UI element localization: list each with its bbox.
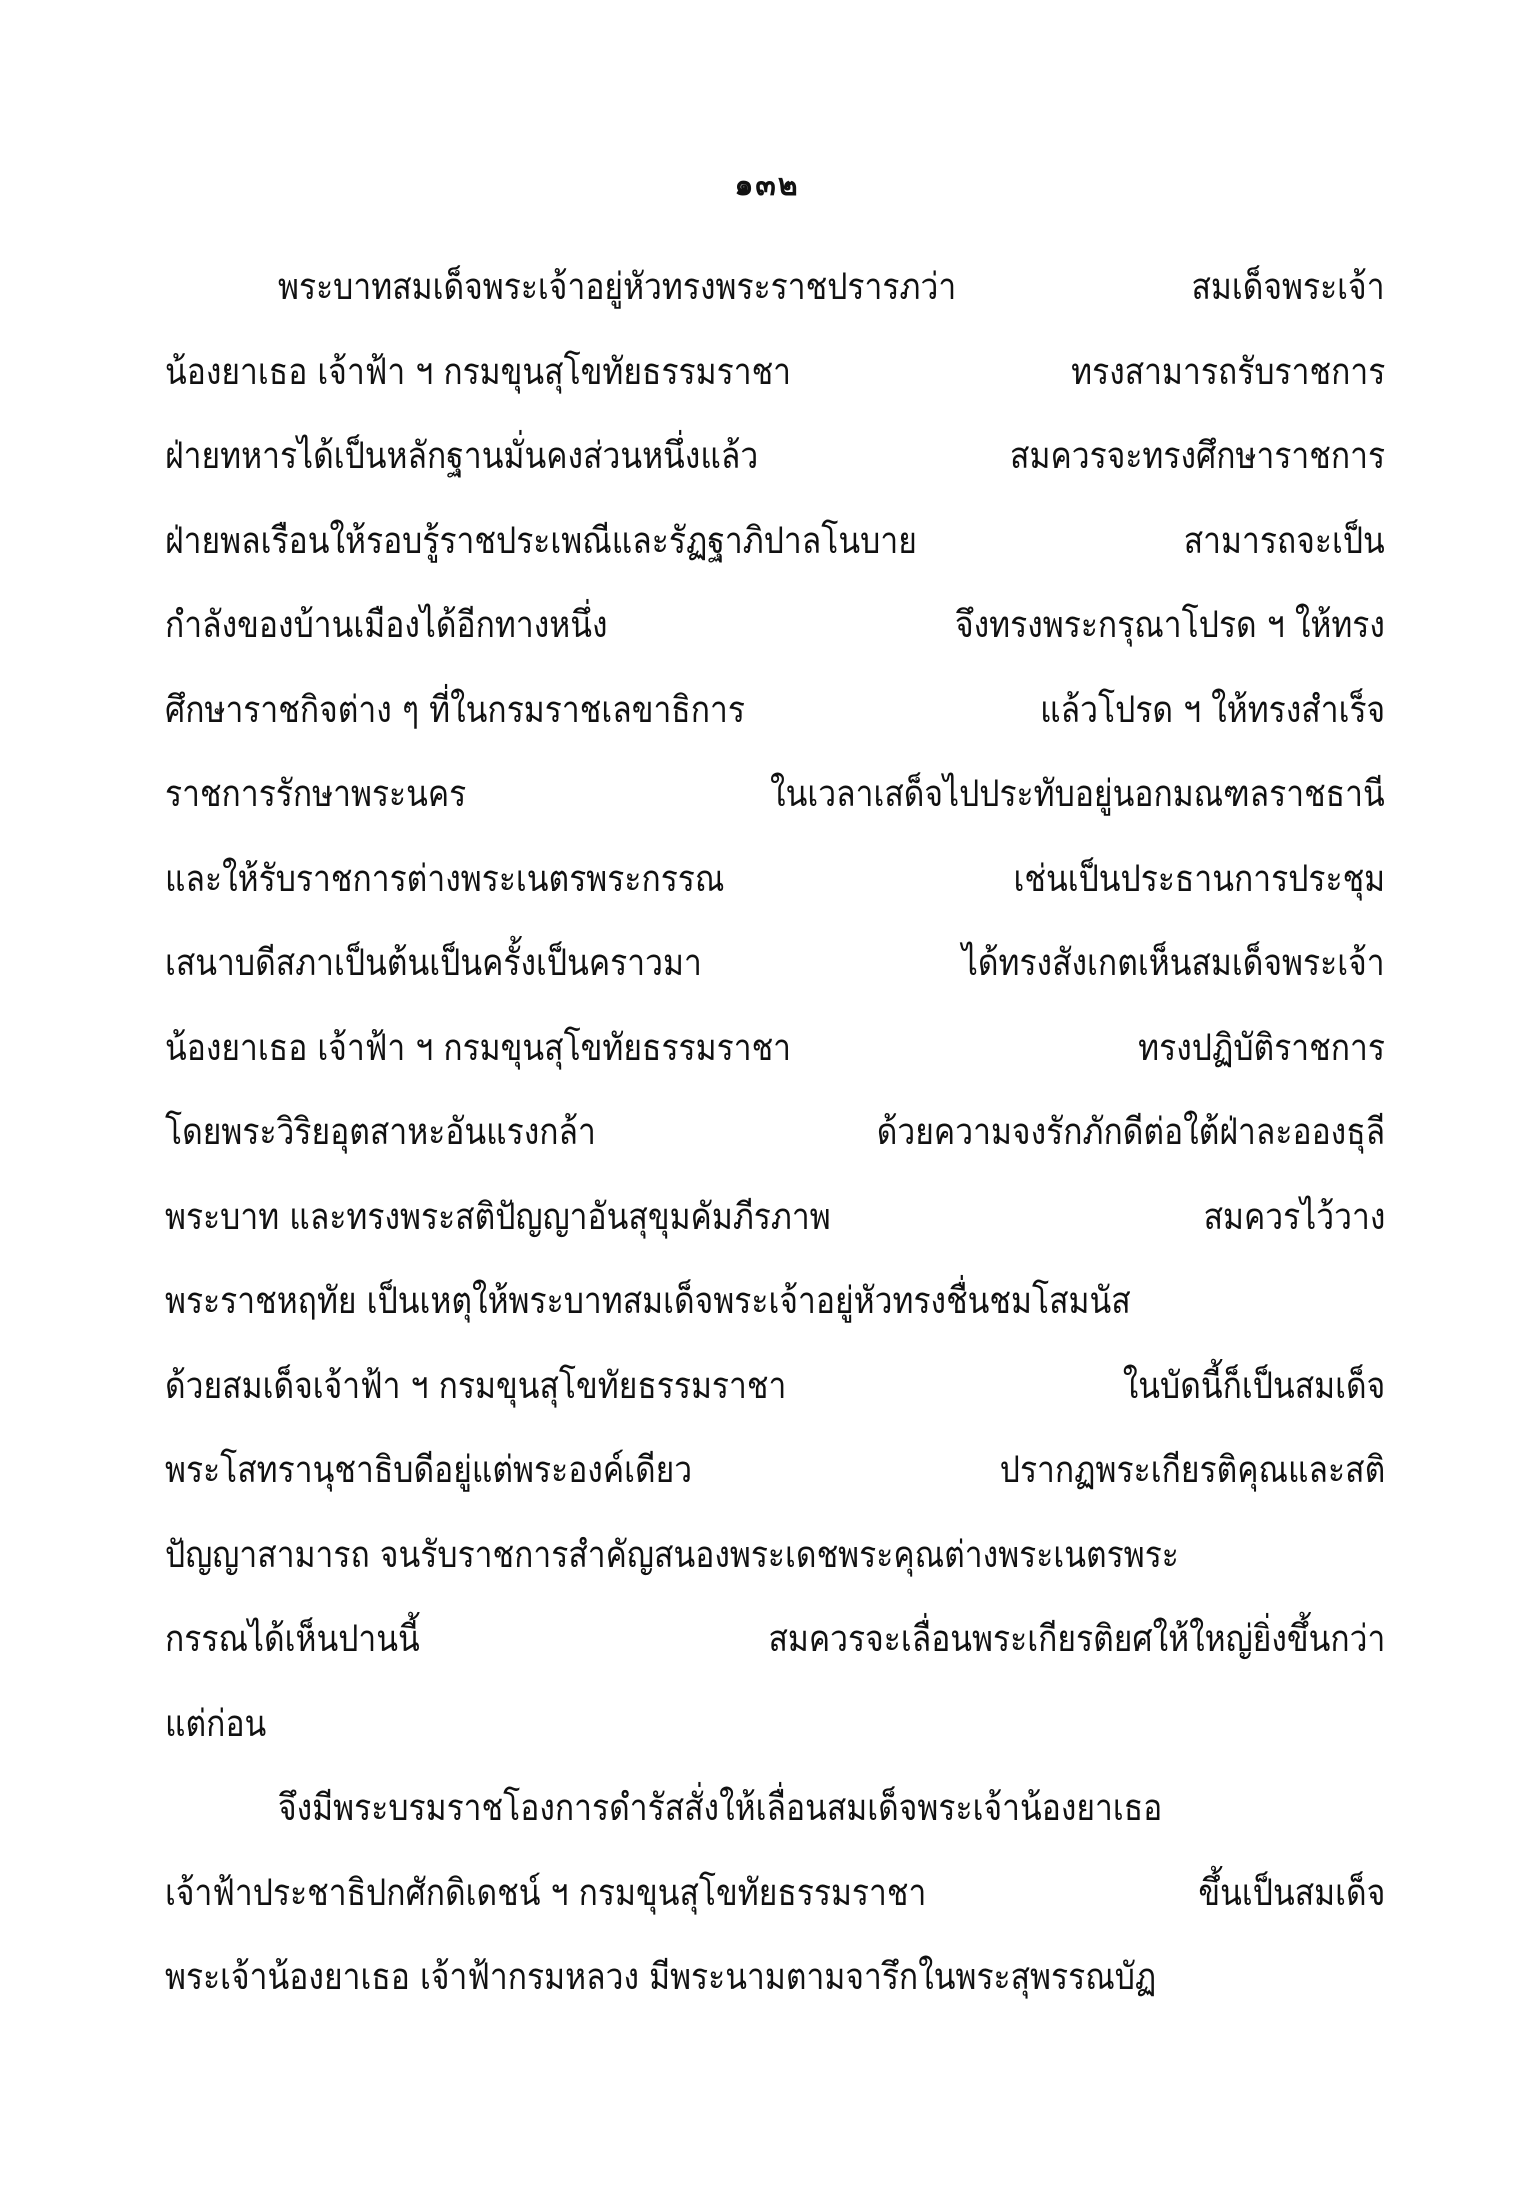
text-segment: ทรงสามารถรับราชการ [1071,330,1385,415]
text-line: พระโสทรานุชาธิบดีอยู่แต่พระองค์เดียว ปรา… [165,1428,1385,1513]
text-segment: ด้วยสมเด็จเจ้าฟ้า ฯ กรมขุนสุโขทัยธรรมราช… [165,1344,786,1429]
text-line: ฝ่ายทหารได้เป็นหลักฐานมั่นคงส่วนหนึ่งแล้… [165,414,1385,499]
text-segment: ได้ทรงสังเกตเห็นสมเด็จพระเจ้า [962,921,1385,1006]
text-line: น้องยาเธอ เจ้าฟ้า ฯ กรมขุนสุโขทัยธรรมราช… [165,1006,1385,1091]
text-line: พระเจ้าน้องยาเธอ เจ้าฟ้ากรมหลวง มีพระนาม… [165,1935,1385,2020]
text-line: พระบาท และทรงพระสติปัญญาอันสุขุมคัมภีรภา… [165,1175,1385,1260]
text-segment: โดยพระวิริยอุตสาหะอันแรงกล้า [165,1090,596,1175]
text-segment: เจ้าฟ้าประชาธิปกศักดิเดชน์ ฯ กรมขุนสุโขท… [165,1851,926,1936]
text-segment: สมควรไว้วาง [1203,1175,1385,1260]
text-line: เสนาบดีสภาเป็นต้นเป็นครั้งเป็นคราวมา ได้… [165,921,1385,1006]
text-segment: พระราชหฤทัย เป็นเหตุให้พระบาทสมเด็จพระเจ… [165,1259,1131,1344]
text-segment: ในเวลาเสด็จไปประทับอยู่นอกมณฑลราชธานี [770,752,1385,837]
text-segment: ปรากฏพระเกียรติคุณและสติ [1000,1428,1385,1513]
text-segment: จึงทรงพระกรุณาโปรด ฯ ให้ทรง [955,583,1385,668]
text-line: พระบาทสมเด็จพระเจ้าอยู่หัวทรงพระราชปรารภ… [165,245,1385,330]
text-segment: กรรณได้เห็นปานนี้ [165,1597,420,1682]
text-segment: สมเด็จพระเจ้า [1192,245,1385,330]
text-line: จึงมีพระบรมราชโองการดำรัสสั่งให้เลื่อนสม… [165,1766,1385,1851]
text-segment: ในบัดนี้ก็เป็นสมเด็จ [1122,1344,1385,1429]
text-segment: พระบาทสมเด็จพระเจ้าอยู่หัวทรงพระราชปรารภ… [278,245,956,330]
text-segment: ปัญญาสามารถ จนรับราชการสำคัญสนองพระเดชพร… [165,1513,1179,1598]
text-segment: สมควรจะเลื่อนพระเกียรติยศให้ใหญ่ยิ่งขึ้น… [768,1597,1385,1682]
text-segment: ทรงปฏิบัติราชการ [1138,1006,1385,1091]
text-segment: กำลังของบ้านเมืองได้อีกทางหนึ่ง [165,583,608,668]
text-segment: พระบาท และทรงพระสติปัญญาอันสุขุมคัมภีรภา… [165,1175,831,1260]
text-segment: ขึ้นเป็นสมเด็จ [1198,1851,1385,1936]
text-segment: แต่ก่อน [165,1682,266,1767]
text-line: กรรณได้เห็นปานนี้ สมควรจะเลื่อนพระเกียรต… [165,1597,1385,1682]
text-segment: ศึกษาราชกิจต่าง ๆ ที่ในกรมราชเลขาธิการ [165,668,745,753]
text-segment: พระเจ้าน้องยาเธอ เจ้าฟ้ากรมหลวง มีพระนาม… [165,1935,1156,2020]
text-segment: ฝ่ายพลเรือนให้รอบรู้ราชประเพณีและรัฏฐาภิ… [165,499,917,584]
text-line: ราชการรักษาพระนคร ในเวลาเสด็จไปประทับอยู… [165,752,1385,837]
text-line: เจ้าฟ้าประชาธิปกศักดิเดชน์ ฯ กรมขุนสุโขท… [165,1851,1385,1936]
text-line: ฝ่ายพลเรือนให้รอบรู้ราชประเพณีและรัฏฐาภิ… [165,499,1385,584]
text-line: โดยพระวิริยอุตสาหะอันแรงกล้า ด้วยความจงร… [165,1090,1385,1175]
text-line: ศึกษาราชกิจต่าง ๆ ที่ในกรมราชเลขาธิการ แ… [165,668,1385,753]
text-segment: สมควรจะทรงศึกษาราชการ [1010,414,1385,499]
page-number: ๑๓๒ [0,162,1534,209]
text-segment: แล้วโปรด ฯ ให้ทรงสำเร็จ [1040,668,1385,753]
text-segment: ฝ่ายทหารได้เป็นหลักฐานมั่นคงส่วนหนึ่งแล้… [165,414,758,499]
text-line: กำลังของบ้านเมืองได้อีกทางหนึ่ง จึงทรงพร… [165,583,1385,668]
text-segment: เสนาบดีสภาเป็นต้นเป็นครั้งเป็นคราวมา [165,921,702,1006]
text-segment: น้องยาเธอ เจ้าฟ้า ฯ กรมขุนสุโขทัยธรรมราช… [165,330,791,415]
text-line: แต่ก่อน [165,1682,1385,1767]
document-page: ๑๓๒ พระบาทสมเด็จพระเจ้าอยู่หัวทรงพระราชป… [0,0,1534,2209]
body-text: พระบาทสมเด็จพระเจ้าอยู่หัวทรงพระราชปรารภ… [165,245,1385,2020]
text-segment: จึงมีพระบรมราชโองการดำรัสสั่งให้เลื่อนสม… [278,1766,1162,1851]
text-segment: สามารถจะเป็น [1184,499,1385,584]
text-segment: และให้รับราชการต่างพระเนตรพระกรรณ [165,837,724,922]
text-segment: ด้วยความจงรักภักดีต่อใต้ฝ่าละอองธุลี [877,1090,1385,1175]
text-line: และให้รับราชการต่างพระเนตรพระกรรณ เช่นเป… [165,837,1385,922]
text-segment: เช่นเป็นประธานการประชุม [1013,837,1385,922]
text-segment: น้องยาเธอ เจ้าฟ้า ฯ กรมขุนสุโขทัยธรรมราช… [165,1006,791,1091]
text-segment: ราชการรักษาพระนคร [165,752,466,837]
text-line: พระราชหฤทัย เป็นเหตุให้พระบาทสมเด็จพระเจ… [165,1259,1385,1344]
text-segment: พระโสทรานุชาธิบดีอยู่แต่พระองค์เดียว [165,1428,692,1513]
text-line: น้องยาเธอ เจ้าฟ้า ฯ กรมขุนสุโขทัยธรรมราช… [165,330,1385,415]
text-line: ปัญญาสามารถ จนรับราชการสำคัญสนองพระเดชพร… [165,1513,1385,1598]
text-line: ด้วยสมเด็จเจ้าฟ้า ฯ กรมขุนสุโขทัยธรรมราช… [165,1344,1385,1429]
